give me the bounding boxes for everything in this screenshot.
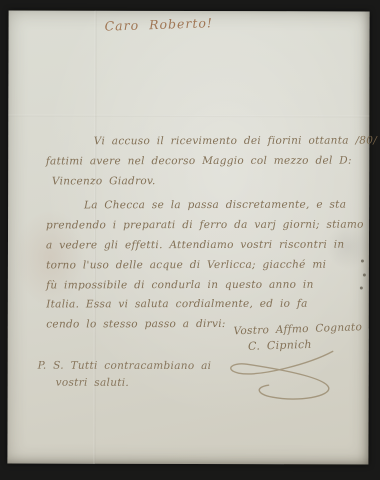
- letter-line: fattimi avere nel decorso Maggio col mez…: [46, 151, 351, 172]
- postscript-line2: vostri saluti.: [38, 374, 212, 391]
- letter-line: La Checca se la passa discretamente, e s…: [46, 196, 351, 217]
- signature-flourish-icon: [221, 347, 346, 405]
- letter-postscript: P. S. Tutti contracambiano ai vostri sal…: [38, 358, 212, 391]
- paper-speck: [360, 286, 363, 289]
- postscript-line1: P. S. Tutti contracambiano ai: [38, 358, 212, 375]
- paper-speck: [363, 273, 366, 276]
- paper-speck: [361, 259, 364, 262]
- letter-line: Vincenzo Giadrov.: [46, 171, 351, 192]
- letter-body: Vi accuso il ricevimento dei fiorini ott…: [46, 132, 352, 336]
- letter-paragraph: Vi accuso il ricevimento dei fiorini ott…: [46, 132, 351, 192]
- letter-line: prendendo i preparati di ferro da varj g…: [46, 216, 351, 237]
- letter-line: torno l'uso delle acque di Verlicca; gia…: [46, 255, 351, 276]
- letter-line: Italia. Essa vi saluta cordialmente, ed …: [46, 295, 351, 316]
- letter-line: fù impossibile di condurla in questo ann…: [46, 275, 351, 296]
- scan-background: { "scan": { "background_color": "#191918…: [0, 0, 380, 480]
- letter-line: Vi accuso il ricevimento dei fiorini ott…: [46, 132, 351, 153]
- letter-salutation: Caro Roberto!: [104, 15, 213, 33]
- letter-paragraph: La Checca se la passa discretamente, e s…: [46, 196, 351, 335]
- letter-line: a vedere gli effetti. Attendiamo vostri …: [46, 236, 351, 257]
- paper-crease-horizontal: [8, 115, 369, 118]
- letter-paper: Caro Roberto! Vi accuso il ricevimento d…: [7, 11, 369, 465]
